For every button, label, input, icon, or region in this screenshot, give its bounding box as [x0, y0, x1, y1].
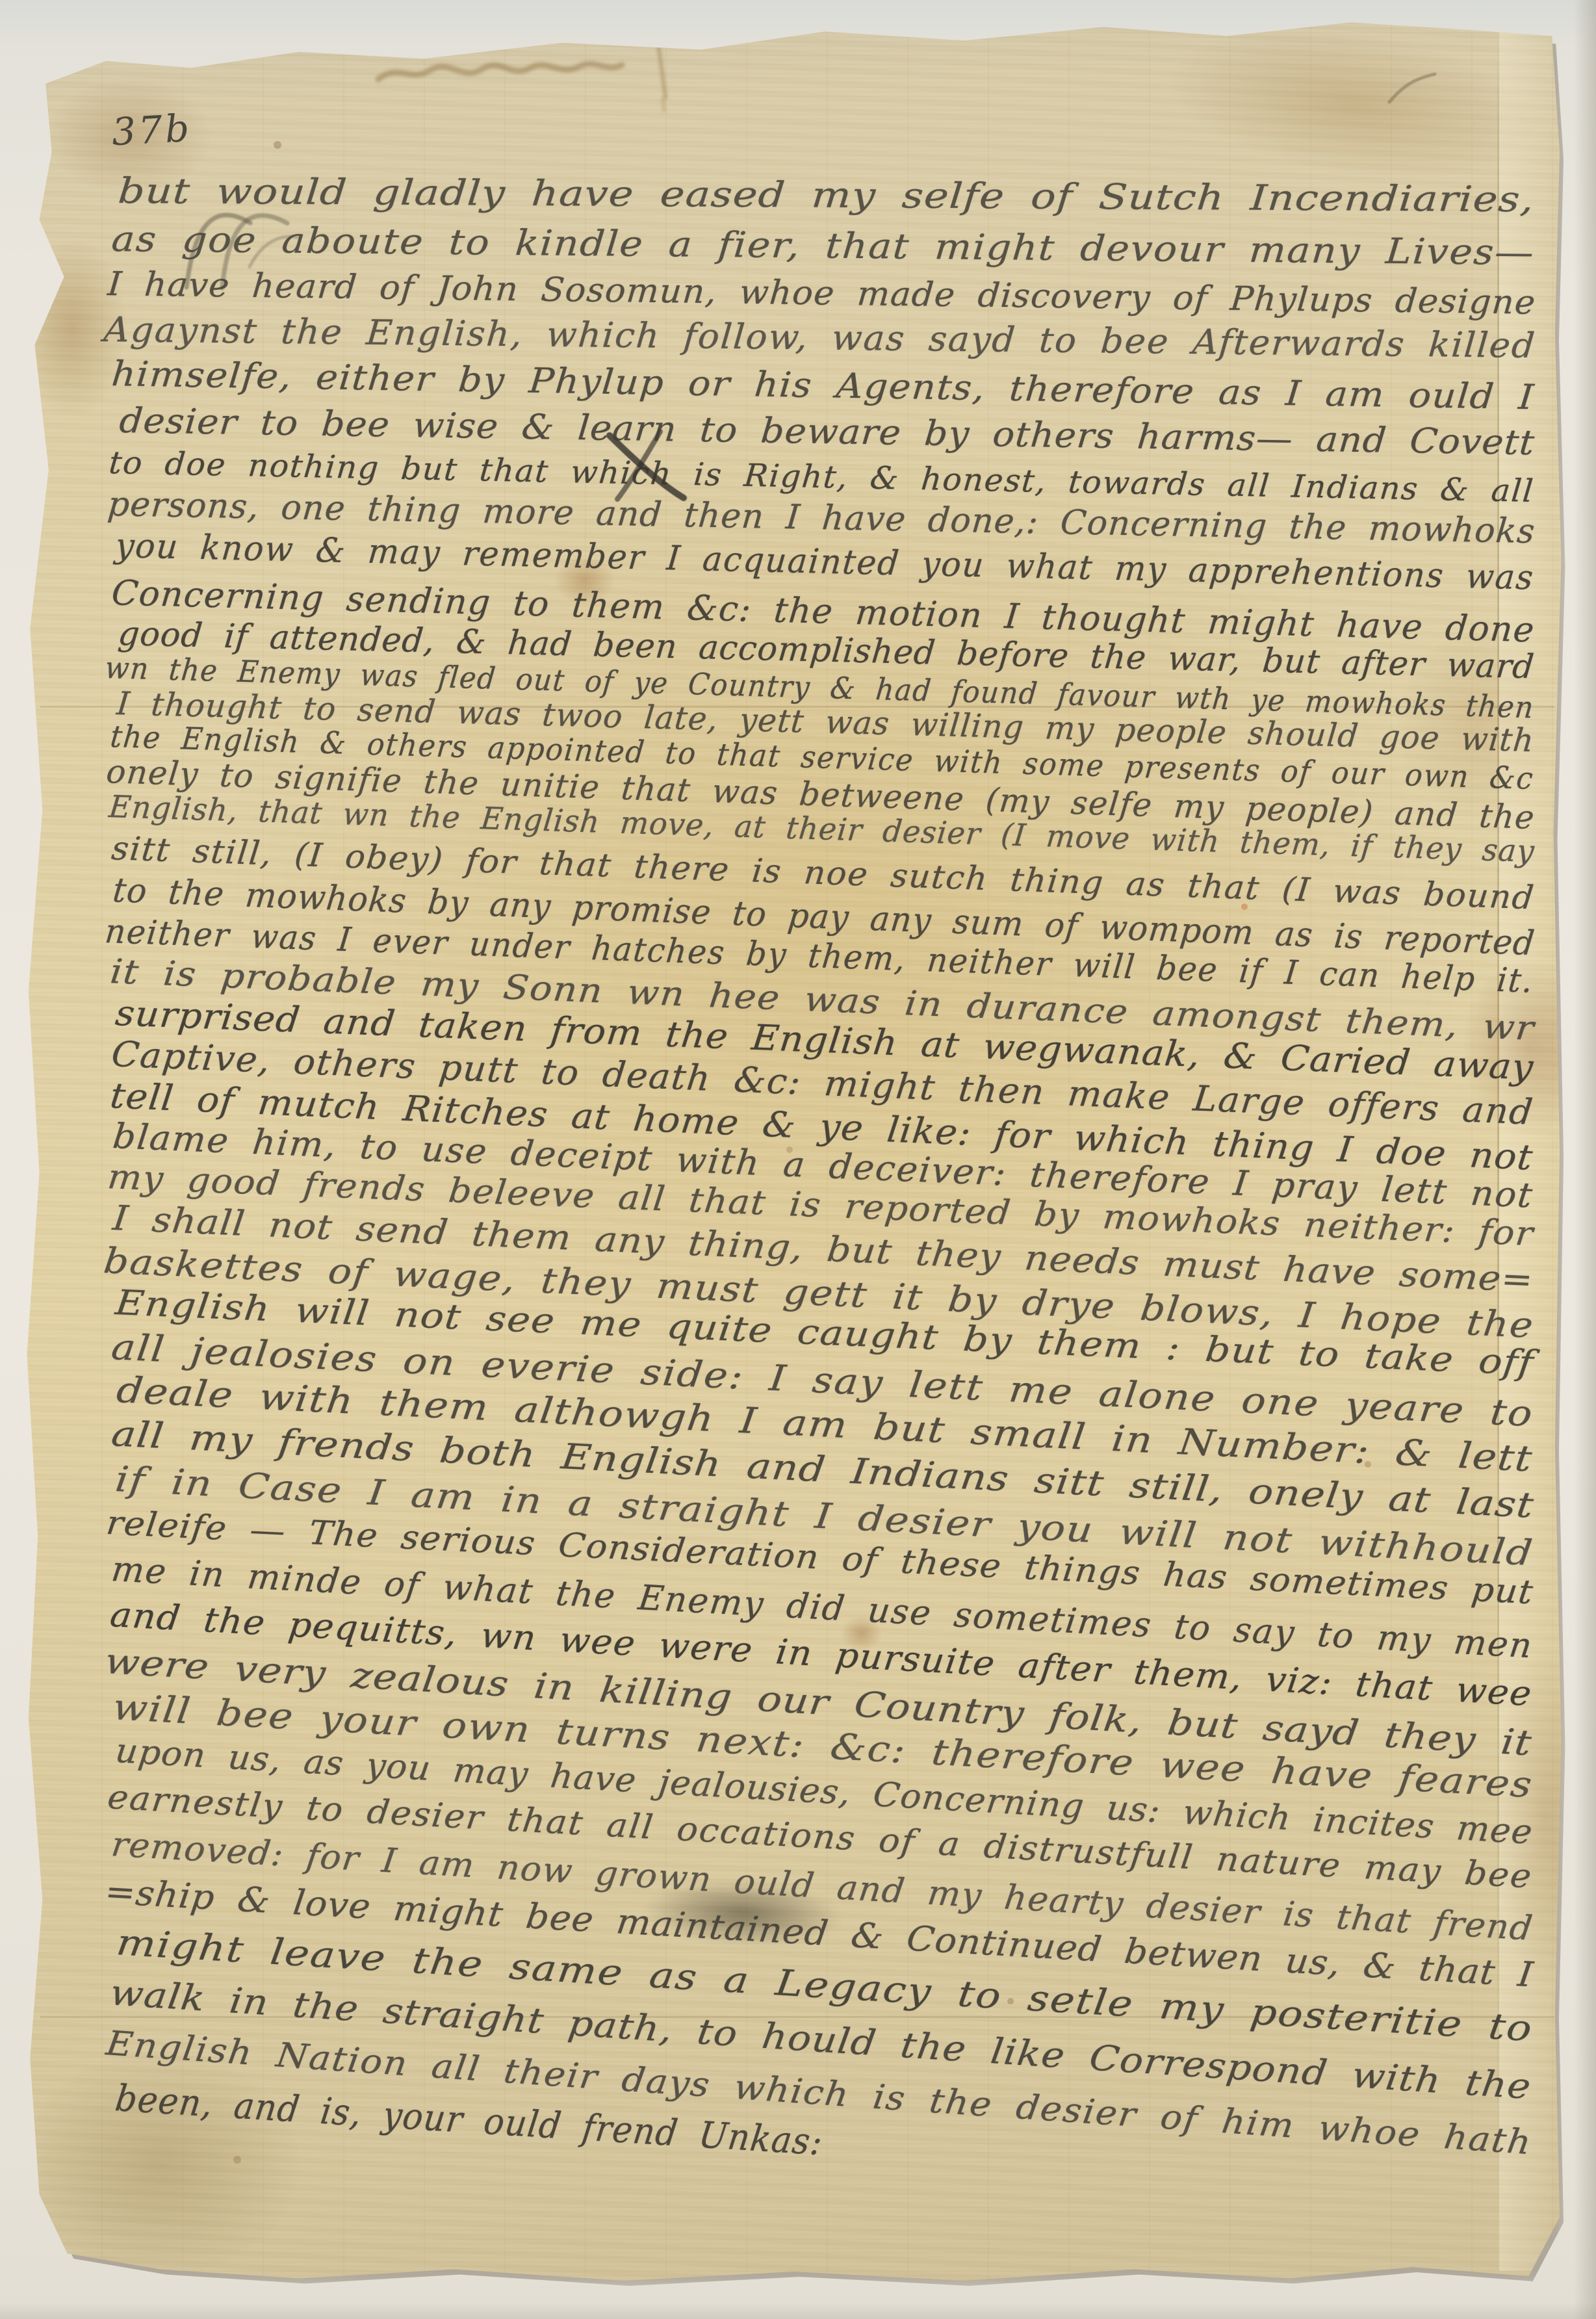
manuscript-paper: 37b but would gladly have eased my selfe…: [21, 16, 1567, 2285]
manuscript-line: as goe aboute to kindle a fier, that mig…: [110, 218, 1536, 273]
manuscript-line: but would gladly have eased my selfe of …: [117, 170, 1536, 220]
scanner-edge-shadow-right: [1574, 0, 1596, 2319]
scan-background: 37b but would gladly have eased my selfe…: [0, 0, 1596, 2319]
letter-text: but would gladly have eased my selfe of …: [21, 16, 1567, 2285]
foxing-specks: [21, 16, 25, 19]
scanner-edge-shadow-bottom: [0, 2302, 1596, 2319]
